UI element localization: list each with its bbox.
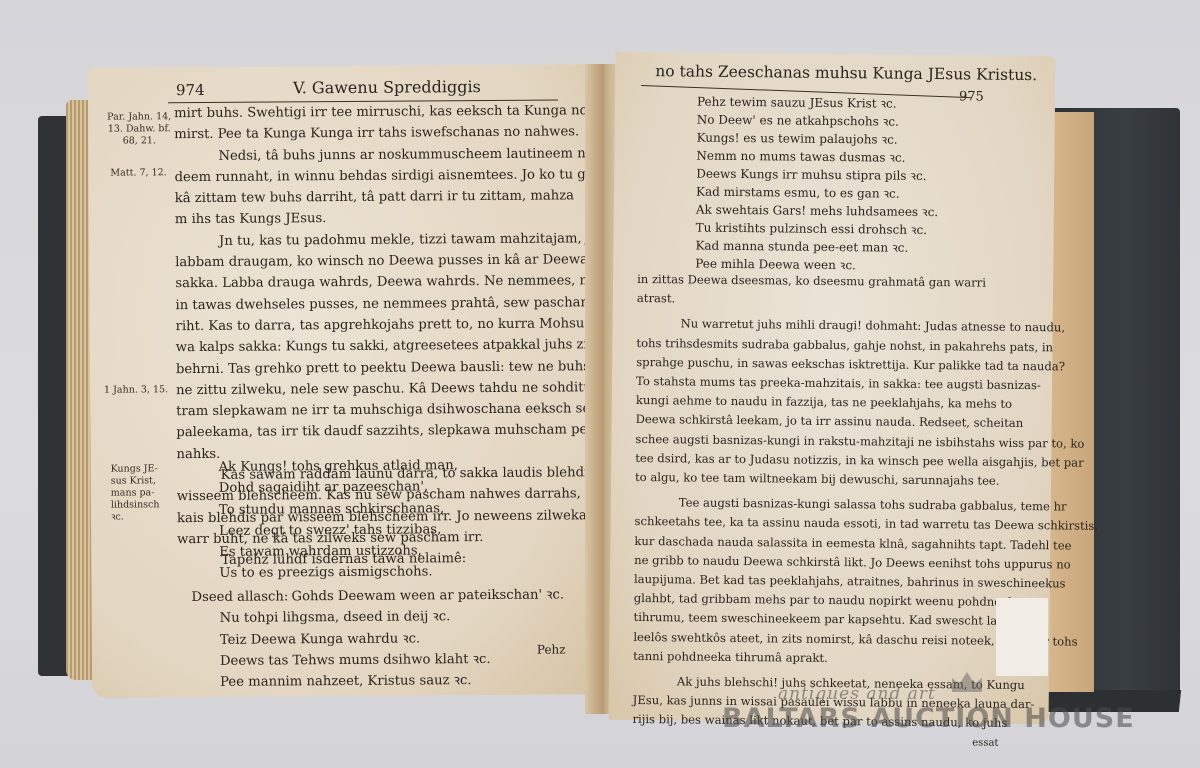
hymn-line: Deews tas Tehws mums dsihwo klaht ꝛc. xyxy=(220,648,565,672)
hymn-verse: Ak Kungs! tohs grehkus atlaid man, Dohd … xyxy=(219,455,459,584)
hymn-line: Nu tohpi lihgsma, dseed in deij ꝛc. xyxy=(220,606,565,630)
running-head: V. Gawenu Spreddiggis xyxy=(293,77,481,97)
marginal-reference: Matt. 7, 12. xyxy=(103,167,175,180)
marginal-reference: Par. Jahn. 14, 13. Dahw. bf. 68, 21. xyxy=(104,111,174,147)
text-line: atrast. xyxy=(637,289,1101,313)
hymn-list: Pehz tewim sauzu JEsus Krist ꝛc. No Deew… xyxy=(695,93,939,276)
hymn-line: Pee mannim nahzeet, Kristus sauz ꝛc. xyxy=(220,670,565,694)
verse-line: To stundu mannas schkirschanas, xyxy=(219,498,458,521)
running-head: no tahs Zeeschanas muhsu Kunga JEsus Kri… xyxy=(655,62,1037,84)
watermark-brand: BALTARS AUCTION HOUSE xyxy=(722,703,1135,734)
verse-line: Us to es preezigs aismigschohs. xyxy=(219,562,458,585)
verse-line: Es tawam wahrdam ustizzohs, xyxy=(219,540,458,563)
verse-line: Ak Kungs! tohs grehkus atlaid man, xyxy=(219,455,458,478)
page-number: 974 xyxy=(176,81,205,99)
marginal-reference: Kungs JE-sus Krist, mans pa-lihdsinsch ꝛ… xyxy=(111,463,163,523)
left-page: 974 V. Gawenu Spreddiggis Par. Jahn. 14,… xyxy=(88,64,597,698)
paper-label-sticker xyxy=(996,598,1048,676)
hymn-line: Teiz Deewa Kunga wahrdu ꝛc. xyxy=(220,627,565,651)
catchword: Pehz xyxy=(537,642,566,656)
right-page: no tahs Zeeschanas muhsu Kunga JEsus Kri… xyxy=(609,52,1056,725)
hymn-line: Gohds Deewam ween ar pateikschan' ꝛc. xyxy=(219,584,564,608)
marginal-reference: 1 Jahn. 3, 15. xyxy=(96,384,176,397)
verse-line: Dohd sagaidiht ar pazeeschan', xyxy=(219,476,458,499)
verse-line: Leez degt to swezz' tahs tizzibas, xyxy=(219,519,458,542)
watermark-tagline: antiques and art xyxy=(778,684,936,704)
body-text: in zittas Deewa dseesmas, ko dseesmu gra… xyxy=(632,270,1100,754)
hymn-list: Gohds Deewam ween ar pateikschan' ꝛc. Nu… xyxy=(219,584,564,693)
